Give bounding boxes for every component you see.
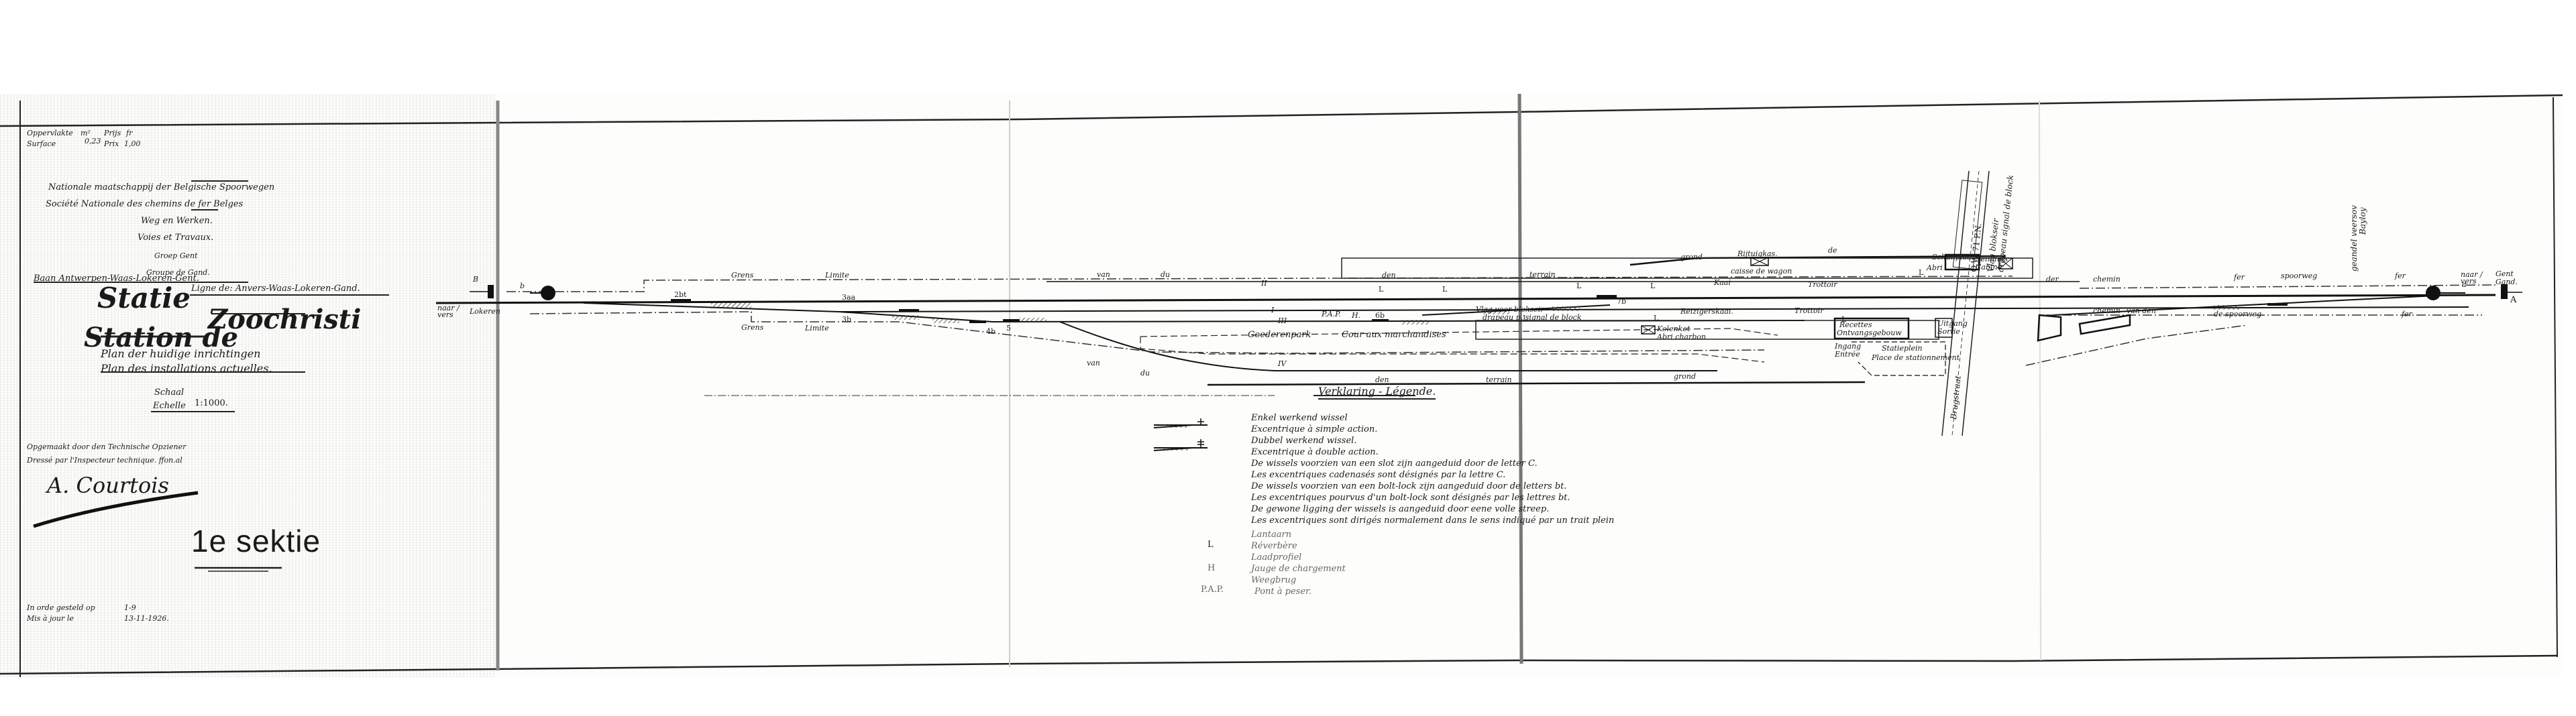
frame-top — [0, 95, 2563, 126]
track-label-III: III — [1278, 316, 1287, 325]
plan-nl: Plan der huidige inrichtingen — [101, 347, 260, 360]
boundary-label: Grens — [731, 271, 753, 280]
fold-line-4 — [2039, 101, 2041, 660]
legend-item: Excentrique à simple action. — [1251, 424, 1377, 434]
legend-item: Weegbrug — [1251, 575, 1296, 585]
fold-line-3 — [1519, 94, 1521, 664]
switch-label: 4b — [986, 327, 996, 336]
goods-yard-label-fr: Cour aux marchandises — [1342, 330, 1446, 340]
made-by-fr: Dressé par l'Inspecteur technique. ffon.… — [27, 456, 182, 465]
boundary-label: terrain — [1529, 270, 1556, 279]
west-direction: naar / vers — [437, 305, 464, 318]
coal-shed-fr: Abri charbon — [1657, 333, 1706, 341]
statie-label: Statie — [97, 282, 191, 314]
legend-item: Pont à peser. — [1254, 587, 1311, 597]
track-label-II: II — [1261, 279, 1267, 288]
boundary-label: spoorweg — [2281, 272, 2317, 280]
signal-a-label: A — [2510, 295, 2516, 305]
boundary-label: van — [1087, 359, 1100, 367]
level-crossing-extra: Bayloy — [2358, 207, 2367, 235]
scale-value: 1:1000. — [195, 398, 228, 408]
legend-item: Les excentriques sont dirigés normalemen… — [1251, 516, 1614, 526]
east-destination-fr: Gand. — [2495, 278, 2518, 286]
price-unit: fr — [126, 129, 132, 137]
boundary-label: grond — [1680, 253, 1703, 261]
update-value-2: 13-11-1926. — [124, 614, 169, 623]
square-nl: Statieplein — [1882, 344, 1923, 353]
switch-label: 3aa — [842, 293, 855, 302]
legend-item: De wissels voorzien van een slot zijn aa… — [1251, 459, 1538, 469]
legend-item: Jauge de chargement — [1251, 564, 1346, 574]
boundary-label: fer — [2402, 310, 2412, 318]
boundary-label: der — [2046, 275, 2059, 284]
plan-fr: Plan des installations actuelles. — [101, 362, 272, 375]
boundary-label: terrain — [1486, 375, 1512, 384]
update-value-1: 1-9 — [124, 603, 136, 612]
lamp-icon: L — [1919, 268, 1923, 277]
lamp-icon: L — [1442, 285, 1447, 294]
west-destination: Lokeren — [470, 307, 500, 316]
gauge-label: P.A.P. — [1322, 310, 1341, 318]
boundary-label: du — [1140, 369, 1150, 377]
switch-label: 5 — [1006, 324, 1011, 333]
made-by-nl: Opgemaakt door den Technische Opziener — [27, 442, 186, 451]
square-fr: Place de stationnement — [1872, 353, 1960, 362]
frame-right — [2553, 97, 2557, 657]
boundary-label: chemin — [2093, 275, 2121, 284]
legend-item: De gewone ligging der wissels is aangedu… — [1251, 504, 1549, 514]
scale-label-fr: Echelle — [153, 401, 186, 411]
lamp-icon: L — [1650, 282, 1655, 290]
surface-value: 0,23 — [85, 137, 101, 145]
exit-fr: Sortie — [1937, 327, 1960, 336]
dept-fr: Voies et Travaux. — [138, 233, 213, 243]
boundary-label: de — [1828, 246, 1837, 255]
lamp-icon: L — [1576, 282, 1581, 290]
legend-item: Dubbel werkend wissel. — [1251, 436, 1356, 446]
update-label-nl: In orde gesteld op — [27, 603, 95, 612]
price-value: 1,00 — [124, 139, 141, 148]
lamp-symbol-icon: L — [1207, 540, 1214, 550]
track-plan-linework — [0, 0, 2576, 716]
wagon-box-nl: Rijtuigkas. — [1737, 249, 1778, 258]
boundary-label: Limite — [825, 271, 849, 280]
boundary-label: grond — [1674, 372, 1696, 381]
surface-label-fr: Surface — [27, 139, 56, 148]
price-label-nl: Prijs — [104, 129, 121, 137]
track-label-IV: IV — [1278, 359, 1286, 368]
goods-yard-label-nl: Goederenpark — [1248, 330, 1311, 340]
dept-nl: Weg en Werken. — [141, 216, 213, 226]
frame-bottom — [0, 656, 2557, 674]
platform-top-label: Trottoir — [1808, 280, 1837, 289]
lamp-icon: L — [1654, 314, 1658, 322]
boundary-label: fer — [2395, 272, 2406, 280]
line-fr: Ligne de: Anvers-Waas-Lokeren-Gand. — [191, 284, 360, 294]
boundary-label: du — [1161, 270, 1170, 279]
boundary-label: Limite — [805, 324, 829, 333]
main-track-1 — [436, 295, 2495, 303]
legend-item: Lantaarn — [1251, 530, 1291, 540]
legend-item: Les excentriques pourvus d'un bolt-lock … — [1251, 493, 1570, 503]
legend-item: Les excentriques cadenasés sont désignés… — [1251, 470, 1505, 480]
scale-label-nl: Schaal — [154, 387, 184, 398]
org-fr: Société Nationale des chemins de fer Bel… — [46, 199, 243, 209]
signal-b-small-label: b — [520, 282, 525, 290]
weighbridge-symbol-icon: P.A.P. — [1201, 585, 1224, 595]
quay-label: Kaai — [1714, 278, 1731, 287]
org-nl: Nationale maatschappij der Belgische Spo… — [48, 182, 274, 192]
surface-label-nl: Oppervlakte — [27, 129, 73, 137]
update-label-fr: Mis à jour le — [27, 614, 74, 623]
shelter-fr: Abri — [1927, 263, 1943, 272]
boundary-label: Grens — [741, 323, 763, 332]
legend-item: Laadprofiel — [1251, 552, 1301, 562]
track-IV — [1060, 322, 1717, 371]
legend-item: Réverbère — [1251, 541, 1297, 551]
signature: A. Courtois — [47, 473, 169, 498]
group-nl: Groep Gent — [154, 251, 198, 260]
passenger-platform-label: Reizigerskaai. — [1680, 307, 1733, 316]
signal-b-label: B — [473, 275, 478, 284]
receipts-nl: Ontvangsgebouw — [1837, 329, 1902, 337]
gauge-mark-label: H. — [1352, 311, 1360, 320]
lamp-icon: L — [1841, 315, 1846, 324]
switch-label: 3b — [842, 315, 851, 324]
station-name: Zoochristi — [208, 304, 361, 335]
wagon-box-fr: caisse de wagon — [1731, 267, 1792, 276]
legend-item: Excentrique à double action. — [1251, 447, 1379, 457]
entrance-fr: Entrée — [1835, 350, 1860, 359]
chemin-label: chemin — [2093, 306, 2121, 315]
switch-label: 7b — [1617, 297, 1626, 306]
block-flag-fr: drapeau p. signal de block — [1483, 313, 1582, 322]
lamp-icon: L — [1379, 285, 1383, 294]
boundary-label: van — [1097, 270, 1110, 279]
switch-label: 6b — [1375, 311, 1385, 320]
legend-item: Enkel werkend wissel — [1251, 413, 1348, 423]
section-label: 1e sektie — [191, 523, 321, 559]
boundary-label: van den — [2127, 306, 2156, 315]
boundary-label: den — [1375, 375, 1389, 384]
track-label-I: I — [1271, 306, 1274, 314]
switch-label: 2bt — [674, 290, 686, 299]
legend-item: De wissels voorzien van een bolt-lock zi… — [1251, 481, 1567, 491]
legend-title: Verklaring - Légende. — [1318, 385, 1436, 400]
level-crossing-label: geandel veersov — [2349, 205, 2359, 272]
goods-yard-bottom-boundary — [1207, 382, 1865, 385]
price-label-fr: Prix — [104, 139, 119, 148]
east-direction: naar / vers — [2461, 272, 2485, 285]
platform-bottom-label: Trottoir — [1794, 306, 1823, 315]
boundary-label: de spoorweg — [2214, 310, 2261, 318]
lamp-icon: L — [1523, 314, 1527, 322]
boundary-label: den — [1382, 271, 1396, 280]
boundary-label: fer — [2234, 273, 2245, 282]
gauge-symbol-icon: H — [1207, 563, 1215, 573]
